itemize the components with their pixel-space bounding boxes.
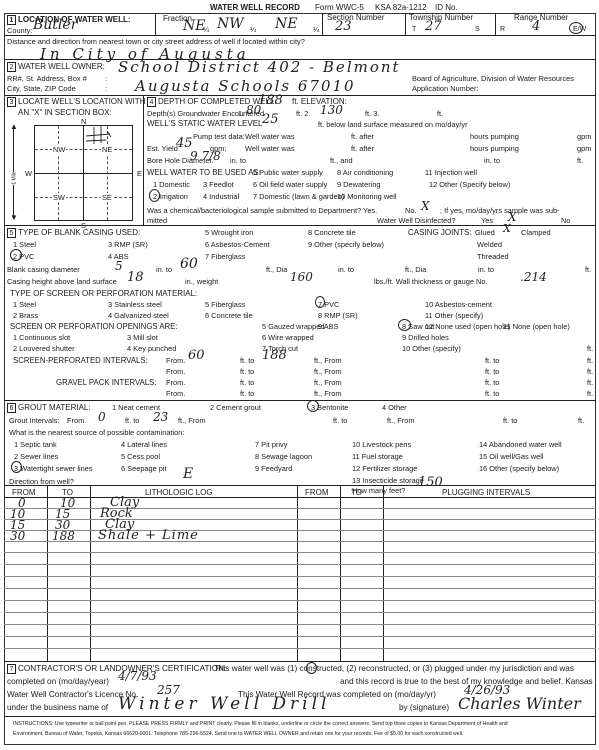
weight-label: in., weight xyxy=(185,277,218,286)
casing-option[interactable]: 8 Concrete tile xyxy=(308,228,356,237)
completed-value[interactable]: 4/7/93 xyxy=(118,669,157,683)
source-option[interactable]: 16 Other (specify below) xyxy=(479,464,559,473)
casing-to-value[interactable]: 60 xyxy=(180,256,198,272)
selection-circle xyxy=(398,319,411,331)
hours-label: hours pumping xyxy=(470,132,519,141)
opening-option[interactable]: 9 Drilled holes xyxy=(402,333,449,342)
opening-option[interactable]: 5 Gauzed wrapped xyxy=(262,322,324,331)
screen-option[interactable]: 5 Fiberglass xyxy=(205,300,245,309)
ft-label: ft. xyxy=(585,265,591,274)
grout-option[interactable]: 4 Other xyxy=(382,403,407,412)
ft-label: ft. xyxy=(578,416,584,425)
casing-option[interactable]: 6 Asbestos-Cement xyxy=(205,240,270,249)
colon: : xyxy=(105,74,107,83)
grout-from-value[interactable]: 0 xyxy=(98,410,106,424)
source-option[interactable]: 12 Fertilizer storage xyxy=(352,464,417,473)
gravel-intervals-label: GRAVEL PACK INTERVALS: xyxy=(56,378,157,387)
row-line xyxy=(4,552,596,553)
quadrant-sw: SW xyxy=(52,193,66,202)
ft-dia: ft., Dia xyxy=(266,265,287,274)
screen-option[interactable]: 11 Other (specify) xyxy=(425,311,483,320)
from-label: From. xyxy=(166,389,185,398)
business-value[interactable]: Winter Well Drill xyxy=(118,694,330,714)
selection-circle xyxy=(307,400,319,412)
openings-title: SCREEN OR PERFORATION OPENINGS ARE: xyxy=(10,322,178,331)
section6-title: 6GROUT MATERIAL: xyxy=(7,403,91,413)
row-line xyxy=(4,519,596,520)
source-option[interactable]: 7 Pit privy xyxy=(255,440,287,449)
in-to: in. to xyxy=(156,265,172,274)
ft-label: ft. xyxy=(587,356,593,365)
section7-title: 7CONTRACTOR'S OR LANDOWNER'S CERTIFICATI… xyxy=(7,664,226,674)
row-line xyxy=(4,530,596,531)
ft-label: ft. xyxy=(587,378,593,387)
sample-ifyes: ; If yes, mo/day/yrs sample was sub- xyxy=(440,206,560,215)
casing-option[interactable]: 1 Steel xyxy=(13,240,36,249)
ft-label: ft. xyxy=(587,367,593,376)
range-label: Range Number xyxy=(514,13,568,22)
source-option[interactable]: 4 Lateral lines xyxy=(121,440,167,449)
source-option[interactable]: 13 Insecticide storage xyxy=(352,476,424,485)
use-option[interactable]: 5 Public water supply xyxy=(253,168,323,177)
joint-clamped[interactable]: Clamped xyxy=(521,228,551,237)
divider xyxy=(4,95,596,96)
opening-option[interactable]: 4 Key punched xyxy=(127,344,176,353)
casing-option[interactable]: 5 Wrought iron xyxy=(205,228,253,237)
after-label: ft. after xyxy=(351,132,374,141)
screen-option[interactable]: 12 None used (open hole) xyxy=(425,322,510,331)
section3-subtitle: AN "X" IN SECTION BOX: xyxy=(18,108,112,117)
diameter-label: Blank casing diameter xyxy=(7,265,80,274)
header-to-2: TO xyxy=(351,488,362,497)
screen-from-value[interactable]: 60 xyxy=(188,348,205,363)
completed-label: completed on (mo/day/year) xyxy=(7,677,109,686)
source-option[interactable]: 1 Septic tank xyxy=(14,440,57,449)
compass-e: E xyxy=(137,169,142,178)
wall-label: lbs./ft. Wall thickness or gauge No. xyxy=(374,277,488,286)
diameter-value[interactable]: 5 xyxy=(115,259,123,273)
header-plugging: PLUGGING INTERVALS xyxy=(442,488,530,497)
static-level-value[interactable]: 25 xyxy=(262,112,279,127)
use-label: WELL WATER TO BE USED AS: xyxy=(147,168,261,177)
opening-option[interactable]: 2 Louvered shutter xyxy=(13,344,75,353)
casing-option[interactable]: 9 Other (specify below) xyxy=(308,240,384,249)
divider xyxy=(155,13,156,35)
in-to-3: in. to xyxy=(478,265,494,274)
county-value[interactable]: Butler xyxy=(33,17,77,33)
ksa-number: KSA 82a-1212 xyxy=(375,3,427,12)
grout-intervals-label: Grout Intervals: xyxy=(9,416,60,425)
disinfected-label: Water Well Disinfected? xyxy=(377,216,455,225)
gw2-value[interactable]: 130 xyxy=(320,103,343,117)
joint-mark: X xyxy=(503,222,511,235)
divider xyxy=(4,661,596,662)
mile-label: 1 Mile xyxy=(12,171,18,184)
instructions-line-2: Environment, Bureau of Water, Topeka, Ka… xyxy=(13,731,463,737)
col-line xyxy=(383,485,384,661)
form-title: WATER WELL RECORD xyxy=(210,3,300,12)
row-line xyxy=(4,600,596,601)
township-t: T xyxy=(412,26,416,33)
ft-dia-2: ft., Dia xyxy=(405,265,426,274)
height-value[interactable]: 18 xyxy=(127,270,144,285)
from-label: From. xyxy=(166,367,185,376)
row-line xyxy=(4,508,596,509)
ft-to: ft. to xyxy=(240,389,254,398)
sample-mitted: mitted xyxy=(147,216,167,225)
joint-threaded[interactable]: Threaded xyxy=(477,252,509,261)
screen-option[interactable]: 8 RMP (SR) xyxy=(318,311,358,320)
divider xyxy=(4,400,596,401)
use-option[interactable]: 9 Dewatering xyxy=(337,180,381,189)
ft-label: ft. xyxy=(587,344,593,353)
ft-from: ft., From xyxy=(314,378,342,387)
disinfected-yes: Yes xyxy=(481,216,493,225)
source-option[interactable]: 14 Abandoned water well xyxy=(479,440,562,449)
source-option[interactable]: 6 Seepage pit xyxy=(121,464,167,473)
row-line xyxy=(4,588,596,589)
depth-value[interactable]: 188 xyxy=(258,93,283,108)
divider xyxy=(4,485,596,486)
height-label: Casing height above land surface xyxy=(7,277,117,286)
use-option[interactable]: 12 Other (Specify below) xyxy=(429,180,510,189)
screen-option[interactable]: 10 Asbestos-cement xyxy=(425,300,492,309)
from-label: From. xyxy=(166,356,185,365)
grid-line xyxy=(34,173,133,174)
colon: : xyxy=(105,84,107,93)
source-option[interactable]: 9 Feedyard xyxy=(255,464,292,473)
city-label: City, State, ZIP Code xyxy=(7,84,76,93)
ft-to: ft. to xyxy=(485,389,499,398)
sample-no: No. xyxy=(405,206,417,215)
instructions-line-1: INSTRUCTIONS: Use typewriter or ball poi… xyxy=(13,721,508,727)
form-number: Form WWC-5 xyxy=(315,3,364,12)
ft-from: ft., From xyxy=(314,367,342,376)
section2-title: 2WATER WELL OWNER: xyxy=(7,62,105,72)
well-location-mark-icon xyxy=(82,124,114,146)
selection-circle xyxy=(11,461,22,473)
screen-to-value[interactable]: 188 xyxy=(262,348,287,363)
gw3-label: ft. 3. xyxy=(365,109,379,118)
owner-value[interactable]: School District 402 - Belmont xyxy=(118,58,401,76)
ft-to: ft. to xyxy=(485,378,499,387)
screen-option[interactable]: 1 Steel xyxy=(13,300,36,309)
ft-to: ft. to xyxy=(485,367,499,376)
selection-circle xyxy=(306,662,317,674)
selection-circle xyxy=(315,296,325,308)
signature-label: by (signature) xyxy=(399,703,449,712)
static-level-label: WELL'S STATIC WATER LEVEL xyxy=(147,119,262,128)
quarter-symbol: ¼ xyxy=(203,25,209,34)
ft-to: ft. to xyxy=(333,416,347,425)
source-option[interactable]: 2 Sewer lines xyxy=(14,452,58,461)
source-option[interactable]: 5 Cess pool xyxy=(121,452,160,461)
from-label: From. xyxy=(166,378,185,387)
ft-label: ft. xyxy=(587,389,593,398)
ft-from: ft., From xyxy=(314,356,342,365)
quarter-symbol: ¼ xyxy=(313,25,319,34)
grid-dash xyxy=(35,197,132,198)
id-label: ID No. xyxy=(435,3,458,12)
use-option[interactable]: 6 Oil field water supply xyxy=(253,180,327,189)
gw-end: ft. xyxy=(437,109,443,118)
screen-option[interactable]: 2 Brass xyxy=(13,311,38,320)
disinfected-no: No xyxy=(561,216,570,225)
application-label: Application Number: xyxy=(412,84,479,93)
joint-glued[interactable]: Glued xyxy=(475,228,495,237)
grid-dash xyxy=(58,126,59,220)
pump-text: Well water was xyxy=(245,132,295,141)
business-label: under the business name of xyxy=(7,703,108,712)
arrow-down-icon: ▼ xyxy=(10,213,18,222)
source-option[interactable]: 10 Livestock pens xyxy=(352,440,411,449)
row-line xyxy=(4,612,596,613)
in-to-2: in. to xyxy=(338,265,354,274)
divider xyxy=(322,13,323,35)
row-line xyxy=(4,648,596,649)
pump-test-label: Pump test data: xyxy=(193,132,245,141)
pump-text-2: Well water was xyxy=(245,144,295,153)
ft-to: ft. to xyxy=(240,356,254,365)
source-option[interactable]: 15 Oil well/Gas well xyxy=(479,452,543,461)
gpm-label: gpm xyxy=(577,132,591,141)
use-option[interactable]: 4 Industrial xyxy=(203,192,239,201)
county-label: County: xyxy=(7,26,32,35)
township-value[interactable]: 27 xyxy=(425,19,442,34)
row-line xyxy=(4,636,596,637)
row-line xyxy=(4,624,596,625)
fraction-value-2[interactable]: NW xyxy=(217,16,244,32)
wall-value[interactable]: .214 xyxy=(520,270,547,284)
section5-title: 5TYPE OF BLANK CASING USED: xyxy=(7,228,140,238)
hours-label-2: hours pumping xyxy=(470,144,519,153)
use-option[interactable]: 3 Feedlot xyxy=(203,180,234,189)
col-line xyxy=(340,485,341,661)
screen-intervals-label: SCREEN-PERFORATED INTERVALS: xyxy=(13,356,148,365)
log-row-from[interactable]: 30 xyxy=(10,529,25,543)
screen-option[interactable]: 6 Concrete tile xyxy=(205,311,253,320)
casing-option[interactable]: 7 Fiberglass xyxy=(205,252,245,261)
bore-ft-and: ft., and xyxy=(330,156,353,165)
sample-answer[interactable]: X xyxy=(421,199,430,213)
direction-value[interactable]: E xyxy=(183,466,193,482)
use-option[interactable]: 1 Domestic xyxy=(153,180,190,189)
casing-option[interactable]: 3 RMP (SR) xyxy=(108,240,148,249)
fraction-value-3[interactable]: NE xyxy=(275,16,297,32)
quadrant-nw: NW xyxy=(52,145,66,154)
joint-welded[interactable]: Welded xyxy=(477,240,502,249)
screen-option[interactable]: 4 Galvanized steel xyxy=(108,311,169,320)
header-from-2: FROM xyxy=(305,488,329,497)
ft-from: ft., From xyxy=(178,416,206,425)
row-line xyxy=(4,541,596,542)
quadrant-se: SE xyxy=(101,193,113,202)
divider xyxy=(4,497,596,498)
grid-dash xyxy=(35,149,132,150)
source-option-selected[interactable]: 3 Watertight sewer lines xyxy=(14,464,93,473)
bore-in: in. to xyxy=(230,156,246,165)
bore-ft: ft. xyxy=(577,156,583,165)
opening-option[interactable]: 11 None (open hole) xyxy=(503,322,570,331)
divider xyxy=(4,716,596,717)
ft-to: ft. to xyxy=(485,356,499,365)
bore-value[interactable]: 9 7/8 xyxy=(190,149,221,163)
certification-text: This water well was (1) constructed, (2)… xyxy=(214,664,574,673)
gw1-label: 1. xyxy=(238,109,244,118)
divider xyxy=(143,95,144,225)
source-option[interactable]: 11 Fuel storage xyxy=(352,452,403,461)
range-east-circle xyxy=(569,22,583,34)
bore-in-2: in. to xyxy=(484,156,500,165)
col-line xyxy=(297,485,298,661)
ft-to: ft. to xyxy=(503,416,517,425)
compass-w: W xyxy=(25,169,32,178)
row-line xyxy=(4,576,596,577)
from-label: From. xyxy=(67,416,86,425)
address-label: RR#, St. Address, Box # xyxy=(7,74,87,83)
source-option[interactable]: 8 Sewage lagoon xyxy=(255,452,312,461)
row-line xyxy=(4,564,596,565)
use-option[interactable]: 10 Monitoring well xyxy=(337,192,397,201)
selection-circle xyxy=(149,189,160,202)
divider xyxy=(495,13,496,35)
log-row-desc[interactable]: Shale + Lime xyxy=(98,528,199,543)
divider xyxy=(4,35,596,36)
ft-to: ft. to xyxy=(240,367,254,376)
signature-value[interactable]: Charles Winter xyxy=(458,694,581,713)
range-r: R xyxy=(500,26,505,33)
screen-option[interactable]: 3 Stainless steel xyxy=(108,300,162,309)
contamination-label: What is the nearest source of possible c… xyxy=(9,428,184,437)
log-row-to[interactable]: 188 xyxy=(52,529,75,543)
yield-label: Est. Yield xyxy=(147,144,178,153)
ft-from: ft., From xyxy=(387,416,415,425)
quadrant-ne: NE xyxy=(101,145,113,154)
arrow-up-icon: ▲ xyxy=(10,122,18,131)
range-value[interactable]: 4 xyxy=(532,19,540,34)
opening-option[interactable]: 10 Other (specify) xyxy=(402,344,461,353)
ft-to: ft. to xyxy=(240,378,254,387)
weight-value[interactable]: 160 xyxy=(290,270,313,284)
opening-option[interactable]: 1 Continuous slot xyxy=(13,333,70,342)
opening-option[interactable]: 6 Wire wrapped xyxy=(262,333,314,342)
after-label-2: ft. after xyxy=(351,144,374,153)
selection-circle xyxy=(10,249,22,261)
township-s: S xyxy=(475,26,480,33)
joints-label: CASING JOINTS: xyxy=(408,228,472,237)
screen-title: TYPE OF SCREEN OR PERFORATION MATERIAL: xyxy=(10,289,197,298)
use-option[interactable]: 7 Domestic (lawn & garden) xyxy=(253,192,344,201)
grout-option[interactable]: 2 Cement grout xyxy=(210,403,261,412)
grout-to-value[interactable]: 23 xyxy=(153,410,168,424)
use-option[interactable]: 8 Air conditioning xyxy=(337,168,393,177)
section-number-value[interactable]: 23 xyxy=(335,19,352,34)
col-line xyxy=(90,485,91,661)
header-lithologic: LITHOLOGIC LOG xyxy=(145,488,213,497)
use-option[interactable]: 11 Injection well xyxy=(425,168,477,177)
city-value[interactable]: Augusta Schools 67010 xyxy=(135,77,356,95)
sample-question: Was a chemical/bacteriological sample su… xyxy=(147,206,377,215)
feet-value[interactable]: 150 xyxy=(418,475,443,490)
board-label: Board of Agriculture, Division of Water … xyxy=(412,74,574,83)
static-suffix: ft. below land surface measured on mo/da… xyxy=(318,120,468,129)
opening-option[interactable]: 3 Mill slot xyxy=(127,333,158,342)
ft-from: ft., From xyxy=(314,389,342,398)
section3-title: 3LOCATE WELL'S LOCATION WITH xyxy=(7,97,145,107)
divider xyxy=(405,13,406,35)
ft-to: ft. to xyxy=(125,416,139,425)
gpm-label-2: gpm xyxy=(577,144,591,153)
col-line xyxy=(47,485,48,661)
gw2-label: ft. 2. xyxy=(296,109,310,118)
gw1-value[interactable]: 80 xyxy=(246,103,261,117)
quarter-symbol: ¼ xyxy=(250,25,256,34)
